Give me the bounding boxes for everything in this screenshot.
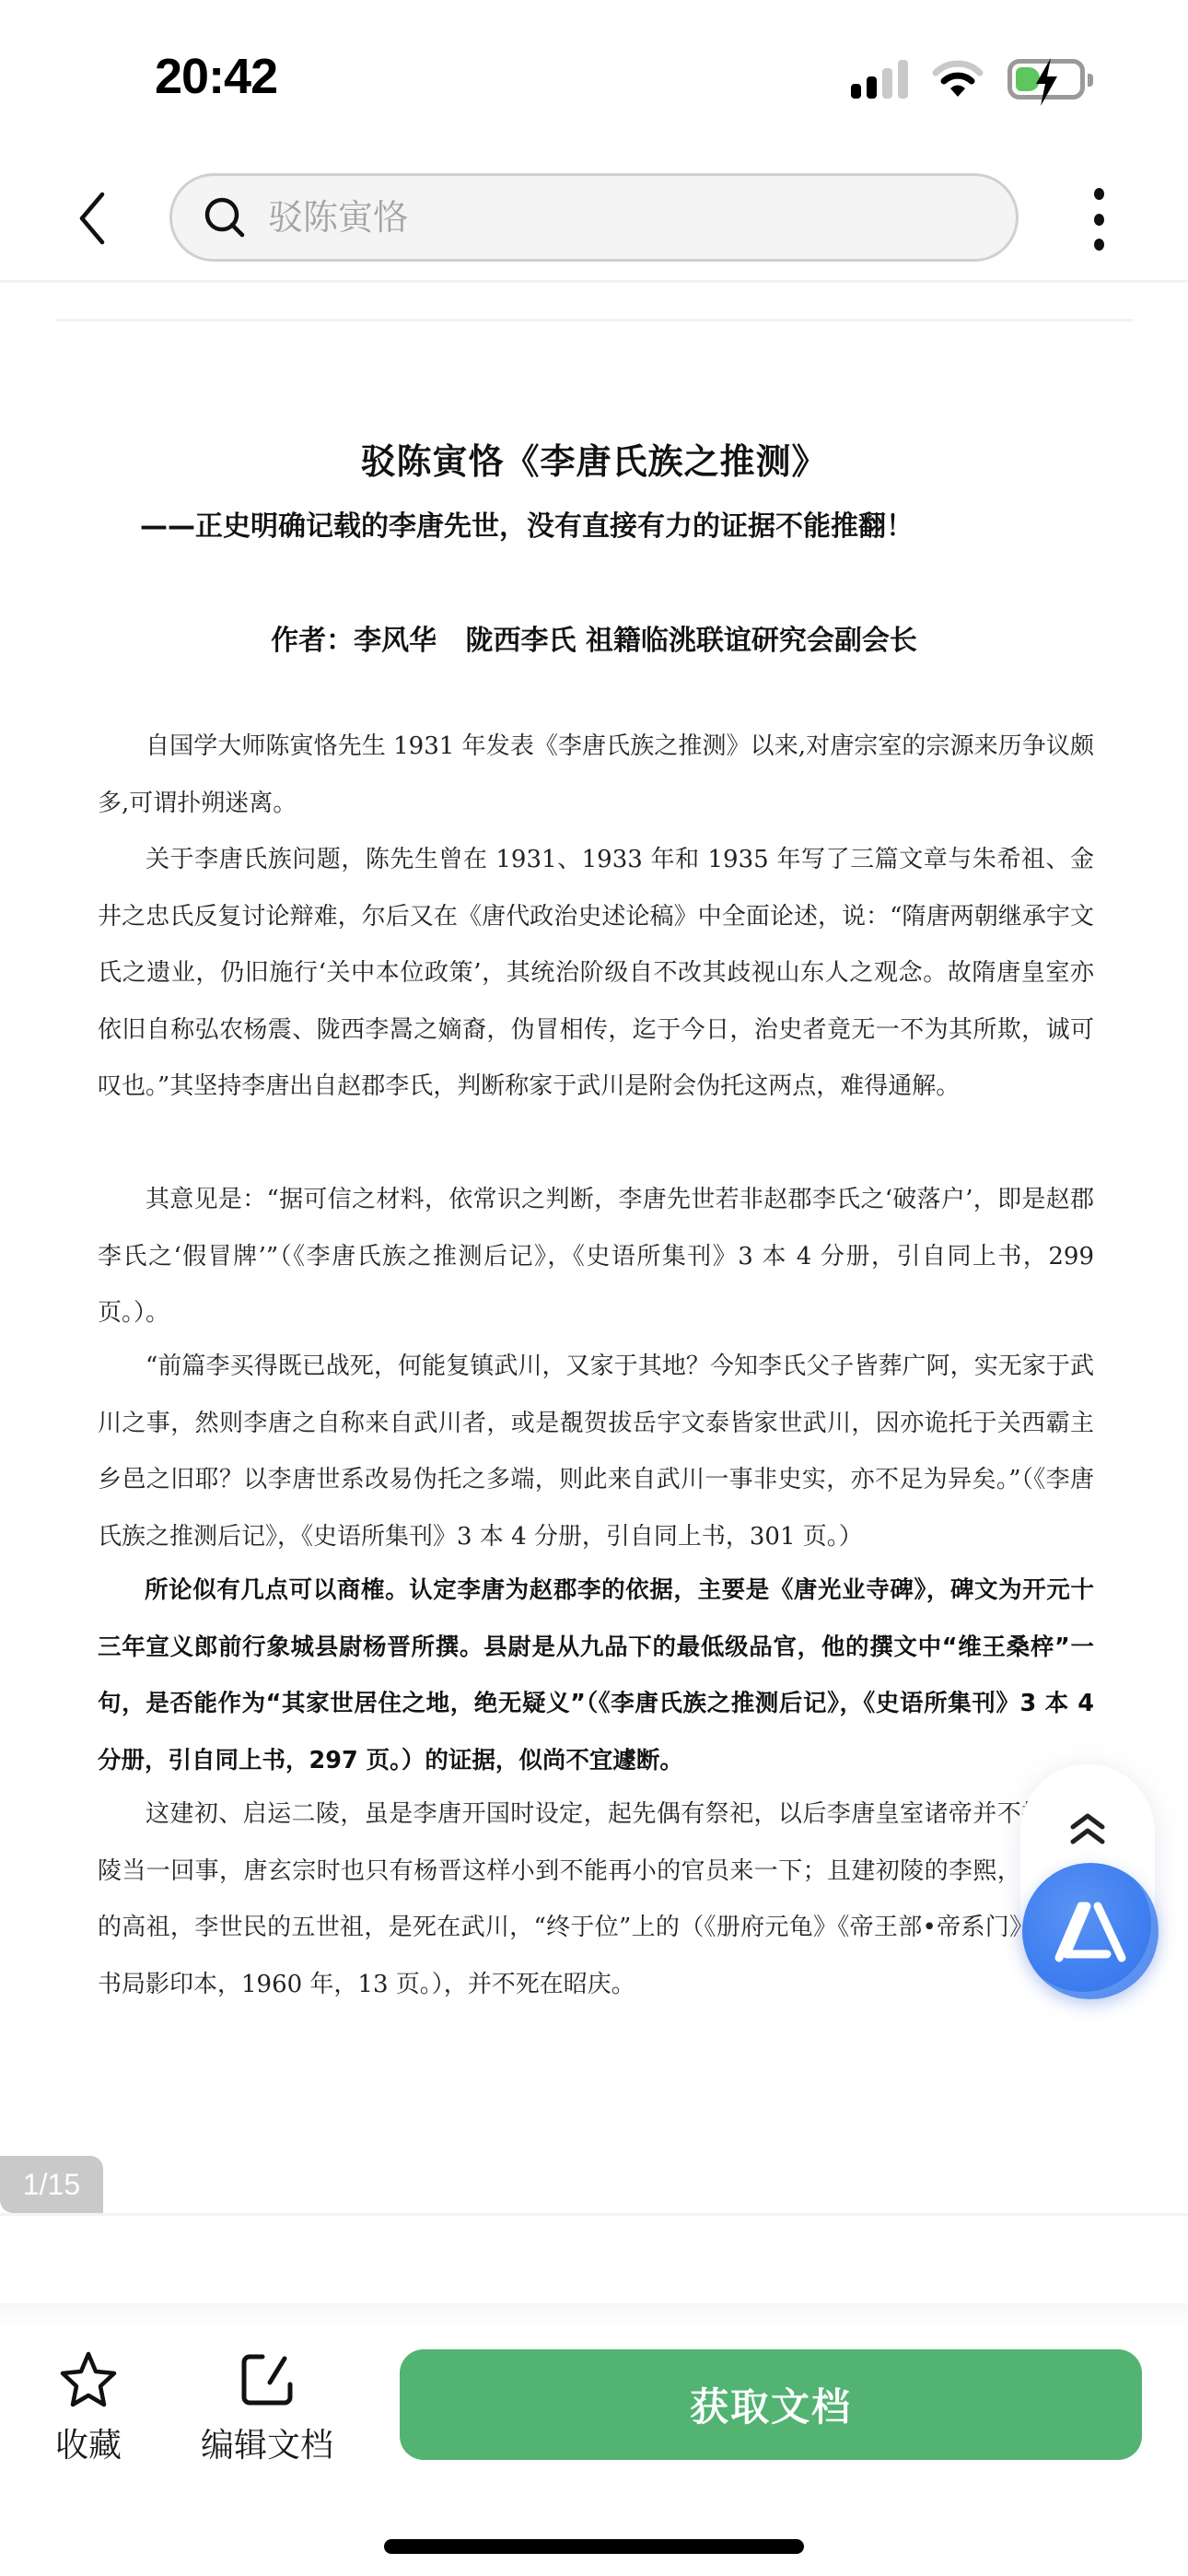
bottom-bar-shadow xyxy=(0,2303,1188,2327)
back-button[interactable] xyxy=(64,186,120,251)
more-options-button[interactable] xyxy=(1077,184,1120,254)
paragraph-text: 其意见是：“据可信之材料，依常识之判断，李唐先世若非赵郡李氏之‘破落户’，即是赵… xyxy=(98,1172,1094,1342)
more-vertical-icon xyxy=(1094,188,1104,200)
ai-assistant-icon xyxy=(1052,1899,1129,1963)
chevron-left-icon xyxy=(76,191,108,246)
page-indicator: 1/15 xyxy=(0,2156,103,2213)
paragraph-1: 自国学大师陈寅恪先生 1931 年发表《李唐氏族之推测》以来,对唐宗室的宗源来历… xyxy=(98,719,1094,832)
edit-document-label: 编辑文档 xyxy=(201,2419,333,2466)
search-input[interactable] xyxy=(268,197,913,238)
star-icon xyxy=(58,2349,119,2410)
battery-charging-icon xyxy=(1007,59,1085,100)
paragraph-text: 自国学大师陈寅恪先生 1931 年发表《李唐氏族之推测》以来,对唐宗室的宗源来历… xyxy=(98,719,1094,832)
document-title: 驳陈寅恪《李唐氏族之推测》 xyxy=(0,433,1188,484)
nav-bar xyxy=(0,157,1188,283)
status-icons xyxy=(851,59,1085,100)
paragraph-text: 关于李唐氏族问题，陈先生曾在 1931、1933 年和 1935 年写了三篇文章… xyxy=(98,832,1094,1116)
page-top-divider xyxy=(55,319,1133,322)
scroll-to-top-button[interactable] xyxy=(1057,1801,1118,1856)
double-chevron-up-icon xyxy=(1067,1812,1108,1845)
search-icon xyxy=(202,194,248,240)
home-indicator[interactable] xyxy=(384,2539,804,2554)
paragraph-5: 所论似有几点可以商榷。认定李唐为赵郡李的依据，主要是《唐光业寺碑》，碑文为开元十… xyxy=(98,1563,1094,1789)
paragraph-text: 这建初、启运二陵，虽是李唐开国时设定，起先偶有祭祀，以后李唐皇室诸帝并不把此二陵… xyxy=(98,1786,1094,2013)
edit-icon xyxy=(237,2349,297,2410)
ai-assistant-button[interactable] xyxy=(1022,1863,1159,1999)
document-subtitle: ——正史明确记载的李唐先世，没有直接有力的证据不能推翻！ xyxy=(140,503,914,544)
favorite-button[interactable]: 收藏 xyxy=(50,2349,127,2466)
search-bar[interactable] xyxy=(169,173,1019,262)
document-author: 作者：李风华 陇西李氏 祖籍临洮联谊研究会副会长 xyxy=(0,617,1188,658)
favorite-label: 收藏 xyxy=(55,2419,122,2466)
status-bar: 20:42 xyxy=(0,0,1188,157)
edit-document-button[interactable]: 编辑文档 xyxy=(193,2349,341,2466)
paragraph-3: 其意见是：“据可信之材料，依常识之判断，李唐先世若非赵郡李氏之‘破落户’，即是赵… xyxy=(98,1172,1094,1342)
get-document-button[interactable]: 获取文档 xyxy=(400,2349,1142,2460)
paragraph-4: “前篇李买得既已战死，何能复镇武川，又家于其地？今知李氏父子皆葬广阿，实无家于武… xyxy=(98,1339,1094,1565)
status-time: 20:42 xyxy=(155,48,277,105)
cellular-signal-icon xyxy=(851,60,908,99)
paragraph-2: 关于李唐氏族问题，陈先生曾在 1931、1933 年和 1935 年写了三篇文章… xyxy=(98,832,1094,1116)
document-viewer[interactable]: 驳陈寅恪《李唐氏族之推测》 ——正史明确记载的李唐先世，没有直接有力的证据不能推… xyxy=(0,286,1188,2211)
paragraph-text-bold: 所论似有几点可以商榷。认定李唐为赵郡李的依据，主要是《唐光业寺碑》，碑文为开元十… xyxy=(98,1563,1094,1789)
page-divider xyxy=(0,2213,1188,2216)
paragraph-text: “前篇李买得既已战死，何能复镇武川，又家于其地？今知李氏父子皆葬广阿，实无家于武… xyxy=(98,1339,1094,1565)
paragraph-6: 这建初、启运二陵，虽是李唐开国时设定，起先偶有祭祀，以后李唐皇室诸帝并不把此二陵… xyxy=(98,1786,1094,2013)
wifi-icon xyxy=(932,60,984,99)
